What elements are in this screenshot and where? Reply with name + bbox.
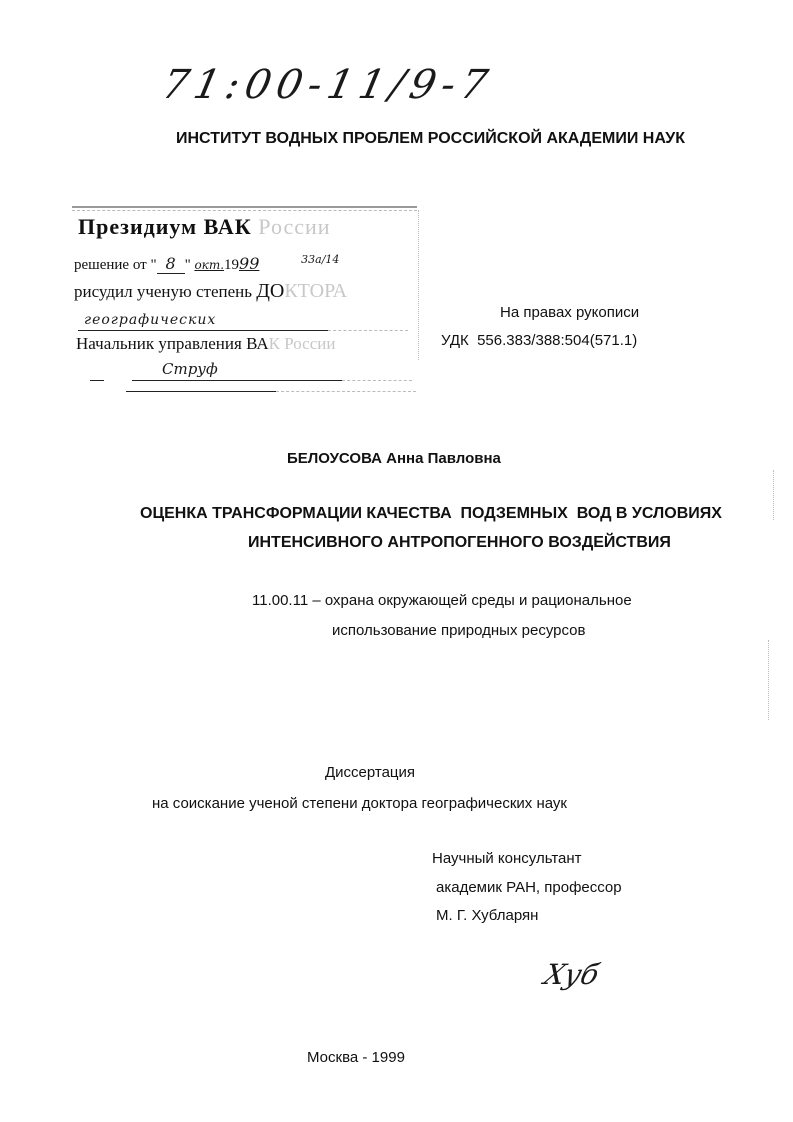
stamp-field-handwritten: географических — [84, 312, 216, 328]
decision-month: окт. — [194, 258, 224, 272]
scan-artifact — [773, 470, 774, 520]
decision-number: 33а/14 — [301, 253, 339, 266]
archive-code-handwritten: 71:00-11/9-7 — [158, 62, 497, 108]
vak-stamp: Президиум ВАК России решение от "8" окт.… — [62, 200, 422, 400]
manuscript-rights: На правах рукописи — [500, 304, 639, 321]
consultant-title: академик РАН, профессор — [436, 879, 622, 896]
head-dark: Начальник управления ВА — [76, 334, 269, 353]
decision-year-hand: 99 — [239, 254, 259, 273]
stamp-title-dark: Президиум ВАК — [78, 214, 258, 239]
decision-year-printed: 19 — [224, 257, 239, 273]
scan-artifact — [768, 640, 769, 720]
consultant-signature: Хуб — [541, 958, 603, 991]
dissertation-title-line1: ОЦЕНКА ТРАНСФОРМАЦИИ КАЧЕСТВА ПОДЗЕМНЫХ … — [140, 505, 722, 523]
awarded-text: рисудил ученую степень — [74, 282, 256, 301]
degree-line: на соискание ученой степени доктора геог… — [152, 795, 567, 812]
stamp-signature: Струф — [162, 360, 218, 378]
stamp-decision-line: решение от "8" окт.1999 33а/14 — [74, 254, 339, 274]
stamp-title: Президиум ВАК России — [78, 214, 331, 240]
author-name: БЕЛОУСОВА Анна Павловна — [287, 450, 501, 467]
head-faded: К России — [269, 334, 336, 353]
specialty-line2: использование природных ресурсов — [332, 622, 585, 639]
stamp-head-line: Начальник управления ВАК России — [76, 334, 335, 354]
consultant-name: М. Г. Хубларян — [436, 907, 538, 924]
consultant-label: Научный консультант — [432, 850, 582, 867]
degree-faded: КТОРА — [284, 280, 347, 302]
stamp-awarded-line: рисудил ученую степень ДОКТОРА — [74, 280, 347, 303]
decision-prefix: решение от — [74, 257, 147, 273]
work-type: Диссертация — [325, 764, 415, 781]
specialty-line1: 11.00.11 – охрана окружающей среды и рац… — [252, 592, 632, 609]
stamp-title-faded: России — [258, 214, 330, 239]
degree-dark: ДО — [256, 280, 284, 302]
dissertation-title-line2: ИНТЕНСИВНОГО АНТРОПОГЕННОГО ВОЗДЕЙСТВИЯ — [248, 534, 671, 552]
udk-code: УДК 556.383/388:504(571.1) — [441, 332, 637, 349]
city-year: Москва - 1999 — [307, 1049, 405, 1066]
institute-heading: ИНСТИТУТ ВОДНЫХ ПРОБЛЕМ РОССИЙСКОЙ АКАДЕ… — [176, 130, 685, 148]
decision-day: 8 — [157, 254, 185, 274]
